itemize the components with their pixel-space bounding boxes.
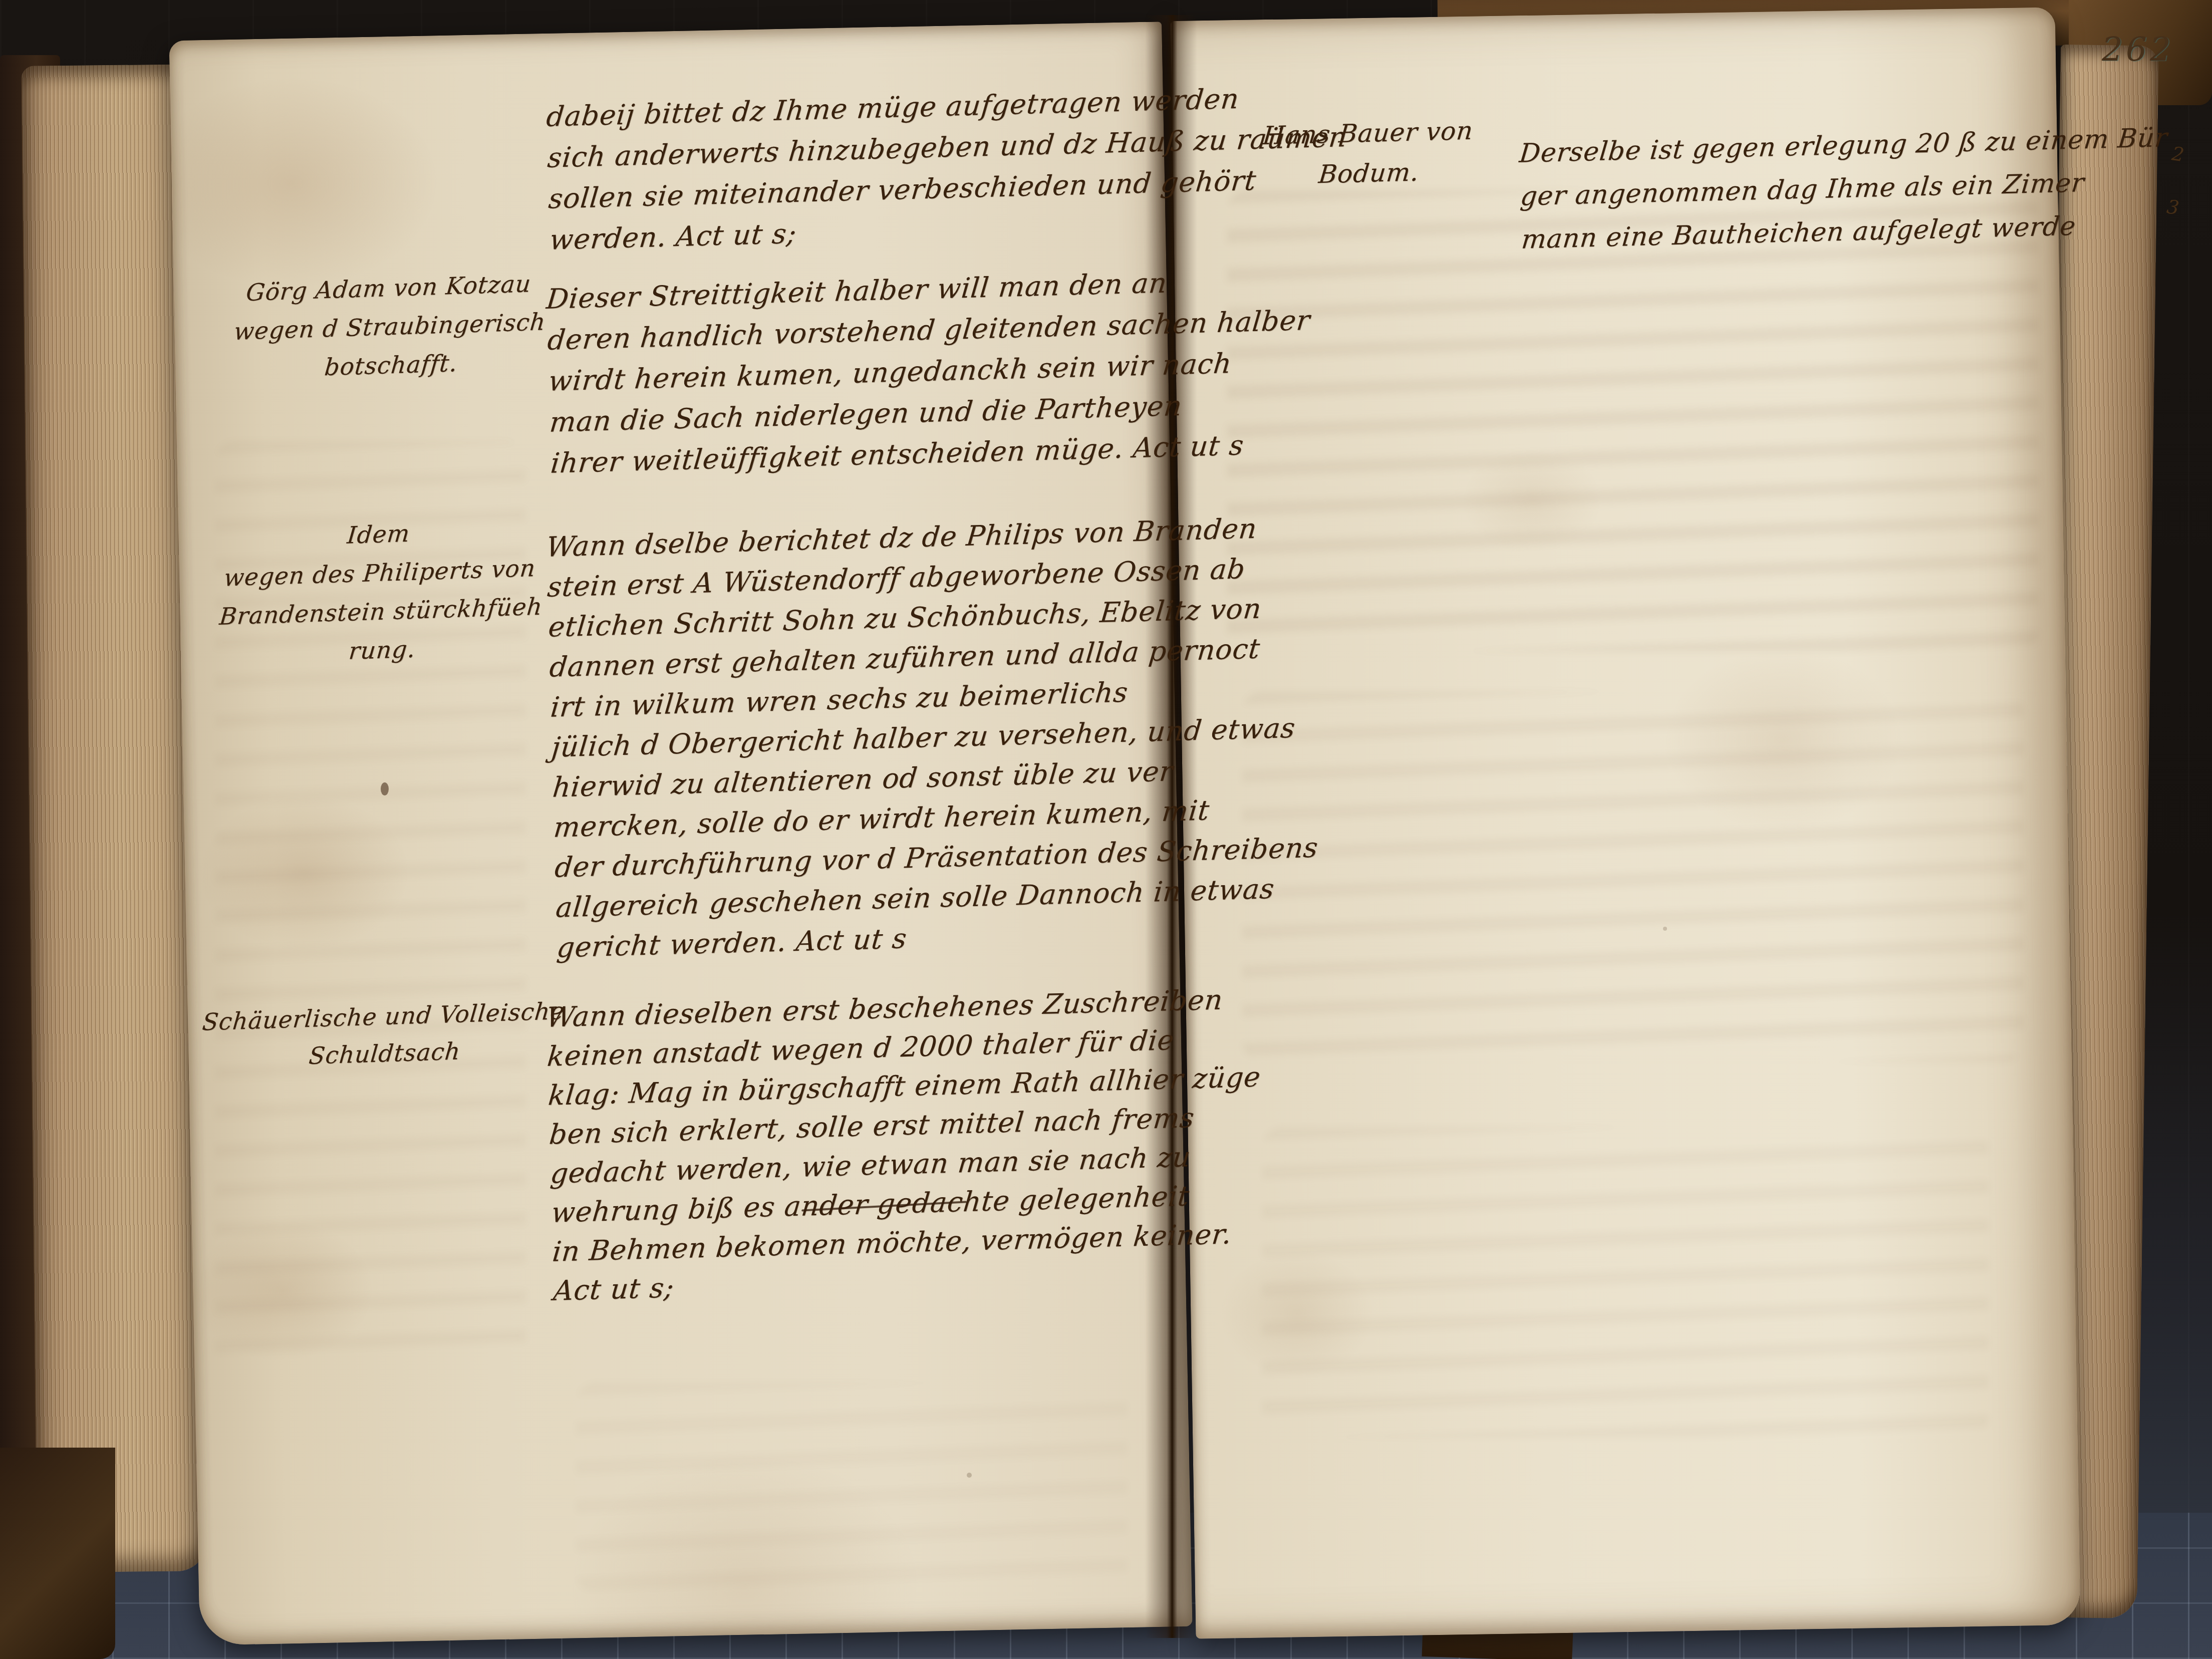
- entry-2-paragraph: Dieser Streittigkeit halber will man den…: [543, 258, 1311, 484]
- entry-1-paragraph: dabeij bittet dz Ihme müge aufgetragen w…: [543, 75, 1347, 260]
- entry-3-margin-note: Idemwegen des Philiperts vonBrandenstein…: [200, 510, 556, 675]
- entry-4-margin-note: Schäuerlische und VolleischeSchuldtsach: [198, 993, 566, 1078]
- ink-speck: [967, 1473, 972, 1478]
- bleedthrough-text: [1242, 691, 2024, 1062]
- right-entry-paragraph: Derselbe ist gegen erlegung 20 ß zu eine…: [1516, 116, 2167, 261]
- entry-2-margin-note: Görg Adam von Kotzauwegen d Straubingeri…: [215, 264, 560, 390]
- handwritten-line: Hans Bauer von: [1233, 110, 1503, 156]
- bleedthrough-text: [1227, 190, 2039, 651]
- entry-4-paragraph: Wann dieselben erst beschehenes Zuschrei…: [543, 979, 1264, 1310]
- right-entry-margin-note: Hans Bauer vonBodum.: [1232, 110, 1500, 197]
- manuscript-photo: dabeij bittet dz Ihme müge aufgetragen w…: [0, 0, 2212, 1659]
- bleedthrough-text: [576, 1382, 1127, 1593]
- folio-number: 262: [2102, 30, 2174, 69]
- book-cover-corner-bottom-left: [0, 1448, 115, 1659]
- handwritten-line: Bodum.: [1234, 150, 1504, 196]
- bleedthrough-text: [1262, 1127, 1989, 1438]
- entry-3-paragraph: Wann dselbe berichtet dz de Philips von …: [543, 507, 1318, 968]
- ink-speck: [381, 782, 389, 795]
- ink-speck: [1663, 927, 1667, 931]
